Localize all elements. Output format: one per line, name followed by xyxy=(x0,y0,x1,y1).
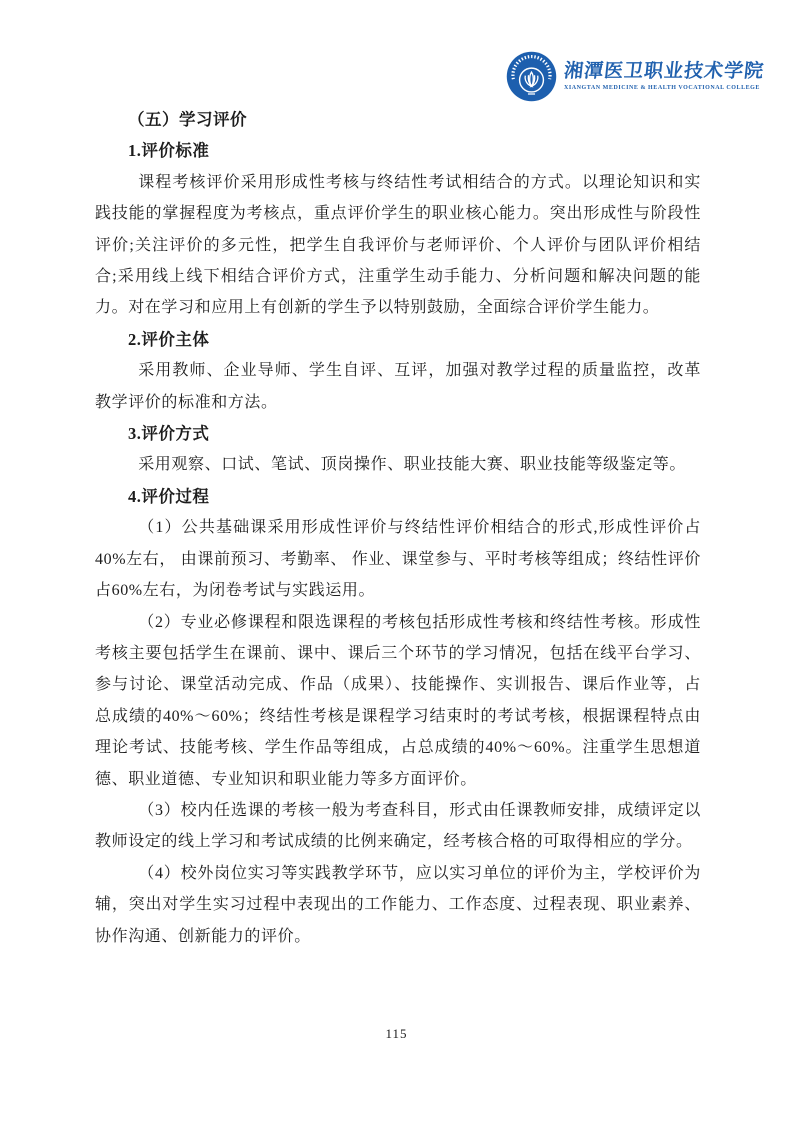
section-title: （五）学习评价 xyxy=(95,104,701,135)
subsection-heading-2: 2.评价主体 xyxy=(95,324,701,355)
paragraph: 采用教师、企业导师、学生自评、互评，加强对教学过程的质量监控，改革教学评价的标准… xyxy=(95,355,701,418)
college-name-en: XIANGTAN MEDICINE & HEALTH VOCATIONAL CO… xyxy=(564,84,764,93)
page-number: 115 xyxy=(0,1026,793,1042)
subsection-heading-3: 3.评价方式 xyxy=(95,418,701,449)
subsection-heading-4: 4.评价过程 xyxy=(95,481,701,512)
paragraph: 课程考核评价采用形成性考核与终结性考试相结合的方式。以理论知识和实践技能的掌握程… xyxy=(95,167,701,324)
college-badge-icon xyxy=(505,50,558,103)
paragraph: （3）校内任选课的考核一般为考查科目，形式由任课教师安排，成绩评定以教师设定的线… xyxy=(95,795,701,858)
paragraph: （1）公共基础课采用形成性评价与终结性评价相结合的形式,形成性评价占40%左右，… xyxy=(95,512,701,606)
paragraph: （2）专业必修课程和限选课程的考核包括形成性考核和终结性考核。形成性考核主要包括… xyxy=(95,607,701,795)
paragraph: （4）校外岗位实习等实践教学环节，应以实习单位的评价为主，学校评价为辅，突出对学… xyxy=(95,858,701,952)
college-logo: 湘潭医卫职业技术学院 XIANGTAN MEDICINE & HEALTH VO… xyxy=(505,50,764,103)
paragraph: 采用观察、口试、笔试、顶岗操作、职业技能大赛、职业技能等级鉴定等。 xyxy=(95,449,701,480)
college-name-zh: 湘潭医卫职业技术学院 xyxy=(563,61,765,83)
college-names: 湘潭医卫职业技术学院 XIANGTAN MEDICINE & HEALTH VO… xyxy=(564,61,764,93)
document-page: 湘潭医卫职业技术学院 XIANGTAN MEDICINE & HEALTH VO… xyxy=(0,0,793,1122)
subsection-heading-1: 1.评价标准 xyxy=(95,135,701,166)
document-content: （五）学习评价 1.评价标准 课程考核评价采用形成性考核与终结性考试相结合的方式… xyxy=(95,104,701,952)
